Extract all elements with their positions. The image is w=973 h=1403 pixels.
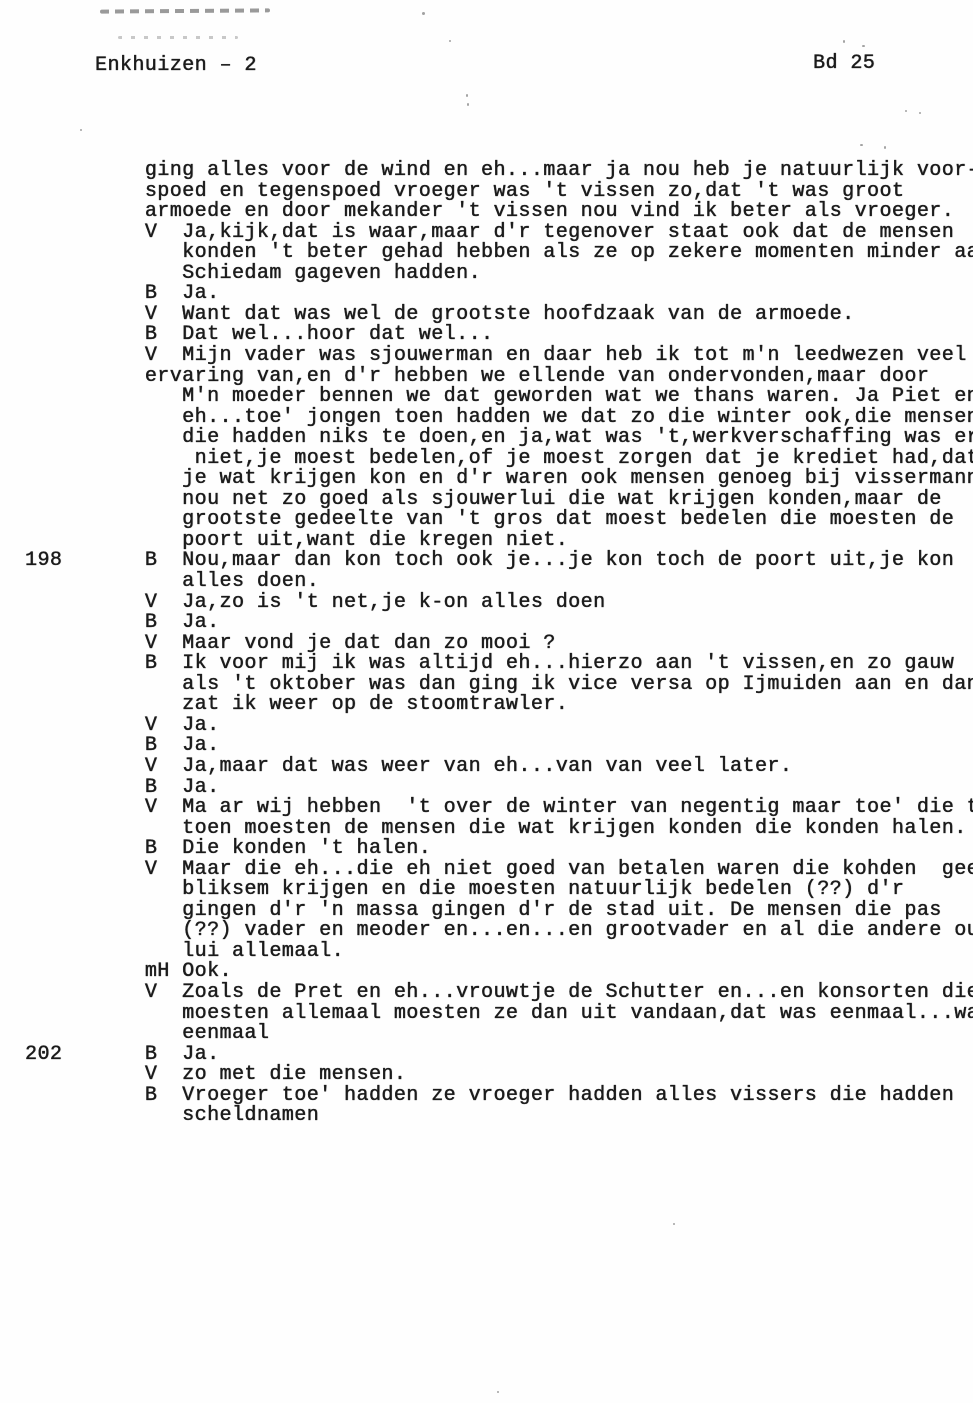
transcript-line: je wat krijgen kon en d'r waren ook mens… bbox=[95, 428, 973, 449]
transcript-line: armoede en door mekander 't vissen nou v… bbox=[95, 161, 973, 182]
transcript-line: konden 't beter gehad hebben als ze op z… bbox=[95, 202, 973, 223]
scan-speckle bbox=[905, 110, 907, 112]
line-margin-number: 198 bbox=[25, 551, 62, 572]
scan-smudge bbox=[118, 36, 238, 39]
transcript-line: B Ik voor mij ik was altijd eh...hierzo … bbox=[95, 613, 973, 634]
scan-speckle bbox=[80, 129, 82, 131]
transcript-line: V Maar die eh...die eh niet goed van bet… bbox=[95, 819, 973, 840]
scan-speckle bbox=[466, 94, 468, 97]
line-text: B Vroeger toe' hadden ze vroeger hadden … bbox=[145, 1084, 954, 1107]
transcript-line: Schiedam gageven hadden. bbox=[95, 223, 973, 244]
scan-smudge bbox=[100, 8, 270, 13]
transcript-line: 202 B Vroeger toe' hadden ze vroeger had… bbox=[95, 1045, 973, 1066]
page-header-title: Enkhuizen – 2 bbox=[95, 54, 257, 77]
transcript-line: B Ja. bbox=[95, 1004, 973, 1025]
scan-speckle bbox=[673, 1223, 675, 1225]
scan-speckle bbox=[422, 12, 425, 15]
transcript-line: spoed en tegenspoed vroeger was 't visse… bbox=[95, 141, 973, 162]
transcript-line: bliksem krijgen en die moesten natuurlij… bbox=[95, 839, 973, 860]
transcript-line: eenmaal bbox=[95, 983, 973, 1004]
scan-speckle bbox=[919, 112, 921, 114]
transcript-line: zat ik weer op de stoomtrawler. bbox=[95, 654, 973, 675]
line-margin-number: 202 bbox=[25, 1045, 62, 1066]
scan-speckle bbox=[862, 45, 865, 47]
transcript-line: V Mijn vader was sjouwerman en daar heb … bbox=[95, 305, 973, 326]
transcript-line: V Ja. bbox=[95, 675, 973, 696]
transcript-line: niet,je moest bedelen,of je moest zorgen… bbox=[95, 408, 973, 429]
transcript-line: mH Ook. bbox=[95, 921, 973, 942]
transcript-line: die hadden niks te doen,en ja,wat was 't… bbox=[95, 387, 973, 408]
line-text: scheldnamen bbox=[145, 1104, 319, 1127]
transcript-line: V Maar vond je dat dan zo mooi ? bbox=[95, 593, 973, 614]
transcript-line: V Want dat was wel de grootste hoofdzaak… bbox=[95, 264, 973, 285]
transcript-line: (??) vader en meoder en...en...en grootv… bbox=[95, 880, 973, 901]
page-background: Enkhuizen – 2 Bd 25 ging alles voor de w… bbox=[0, 0, 973, 1403]
transcript-line: moesten allemaal moesten ze dan uit vand… bbox=[95, 962, 973, 983]
transcript-body: ging alles voor de wind en eh...maar ja … bbox=[95, 120, 973, 1086]
transcript-line: grootste gedeelte van 't gros dat moest … bbox=[95, 469, 973, 490]
transcript-line: M'n moeder bennen we dat geworden wat we… bbox=[95, 346, 973, 367]
transcript-line: lui allemaal. bbox=[95, 901, 973, 922]
transcript-line: B Ja. bbox=[95, 736, 973, 757]
page-header-volume-label: Bd 25 bbox=[813, 52, 875, 75]
transcript-line: V Zoals de Pret en eh...vrouwtje de Schu… bbox=[95, 942, 973, 963]
transcript-line: B Ja. bbox=[95, 243, 973, 264]
transcript-line: poort uit,want die kregen niet. bbox=[95, 490, 973, 511]
transcript-line: V Ja,maar dat was weer van eh...van van … bbox=[95, 716, 973, 737]
transcript-line: B Ja. bbox=[95, 695, 973, 716]
transcript-line: scheldnamen bbox=[95, 1065, 973, 1086]
scan-speckle bbox=[467, 103, 469, 106]
transcript-line: B Ja. bbox=[95, 572, 973, 593]
scanned-transcript-page: { "page": { "header_left": "Enkhuizen – … bbox=[0, 0, 973, 1403]
transcript-line: 198 V Ja,zo is 't net,je k-on alles doen bbox=[95, 551, 973, 572]
scan-speckle bbox=[843, 40, 845, 43]
transcript-line: ervaring van,en d'r hebben we ellende va… bbox=[95, 325, 973, 346]
transcript-line: V zo met die mensen. bbox=[95, 1024, 973, 1045]
transcript-line: V Ja,kijk,dat is waar,maar d'r tegenover… bbox=[95, 182, 973, 203]
scan-speckle bbox=[449, 40, 451, 42]
transcript-line: V Ma ar wij hebben 't over de winter van… bbox=[95, 757, 973, 778]
scan-speckle bbox=[497, 1391, 499, 1393]
transcript-line: B Dat wel...hoor dat wel... bbox=[95, 284, 973, 305]
transcript-line: B Nou,maar dan kon toch ook je...je kon … bbox=[95, 510, 973, 531]
transcript-line: toen moesten de mensen die wat krijgen k… bbox=[95, 778, 973, 799]
transcript-line: nou net zo goed als sjouwerlui die wat k… bbox=[95, 449, 973, 470]
transcript-line: gingen d'r 'n massa gingen d'r de stad u… bbox=[95, 860, 973, 881]
transcript-line: alles doen. bbox=[95, 531, 973, 552]
transcript-line: ging alles voor de wind en eh...maar ja … bbox=[95, 120, 973, 141]
transcript-line: B Die konden 't halen. bbox=[95, 798, 973, 819]
transcript-line: eh...toe' jongen toen hadden we dat zo d… bbox=[95, 367, 973, 388]
transcript-line: als 't oktober was dan ging ik vice vers… bbox=[95, 634, 973, 655]
